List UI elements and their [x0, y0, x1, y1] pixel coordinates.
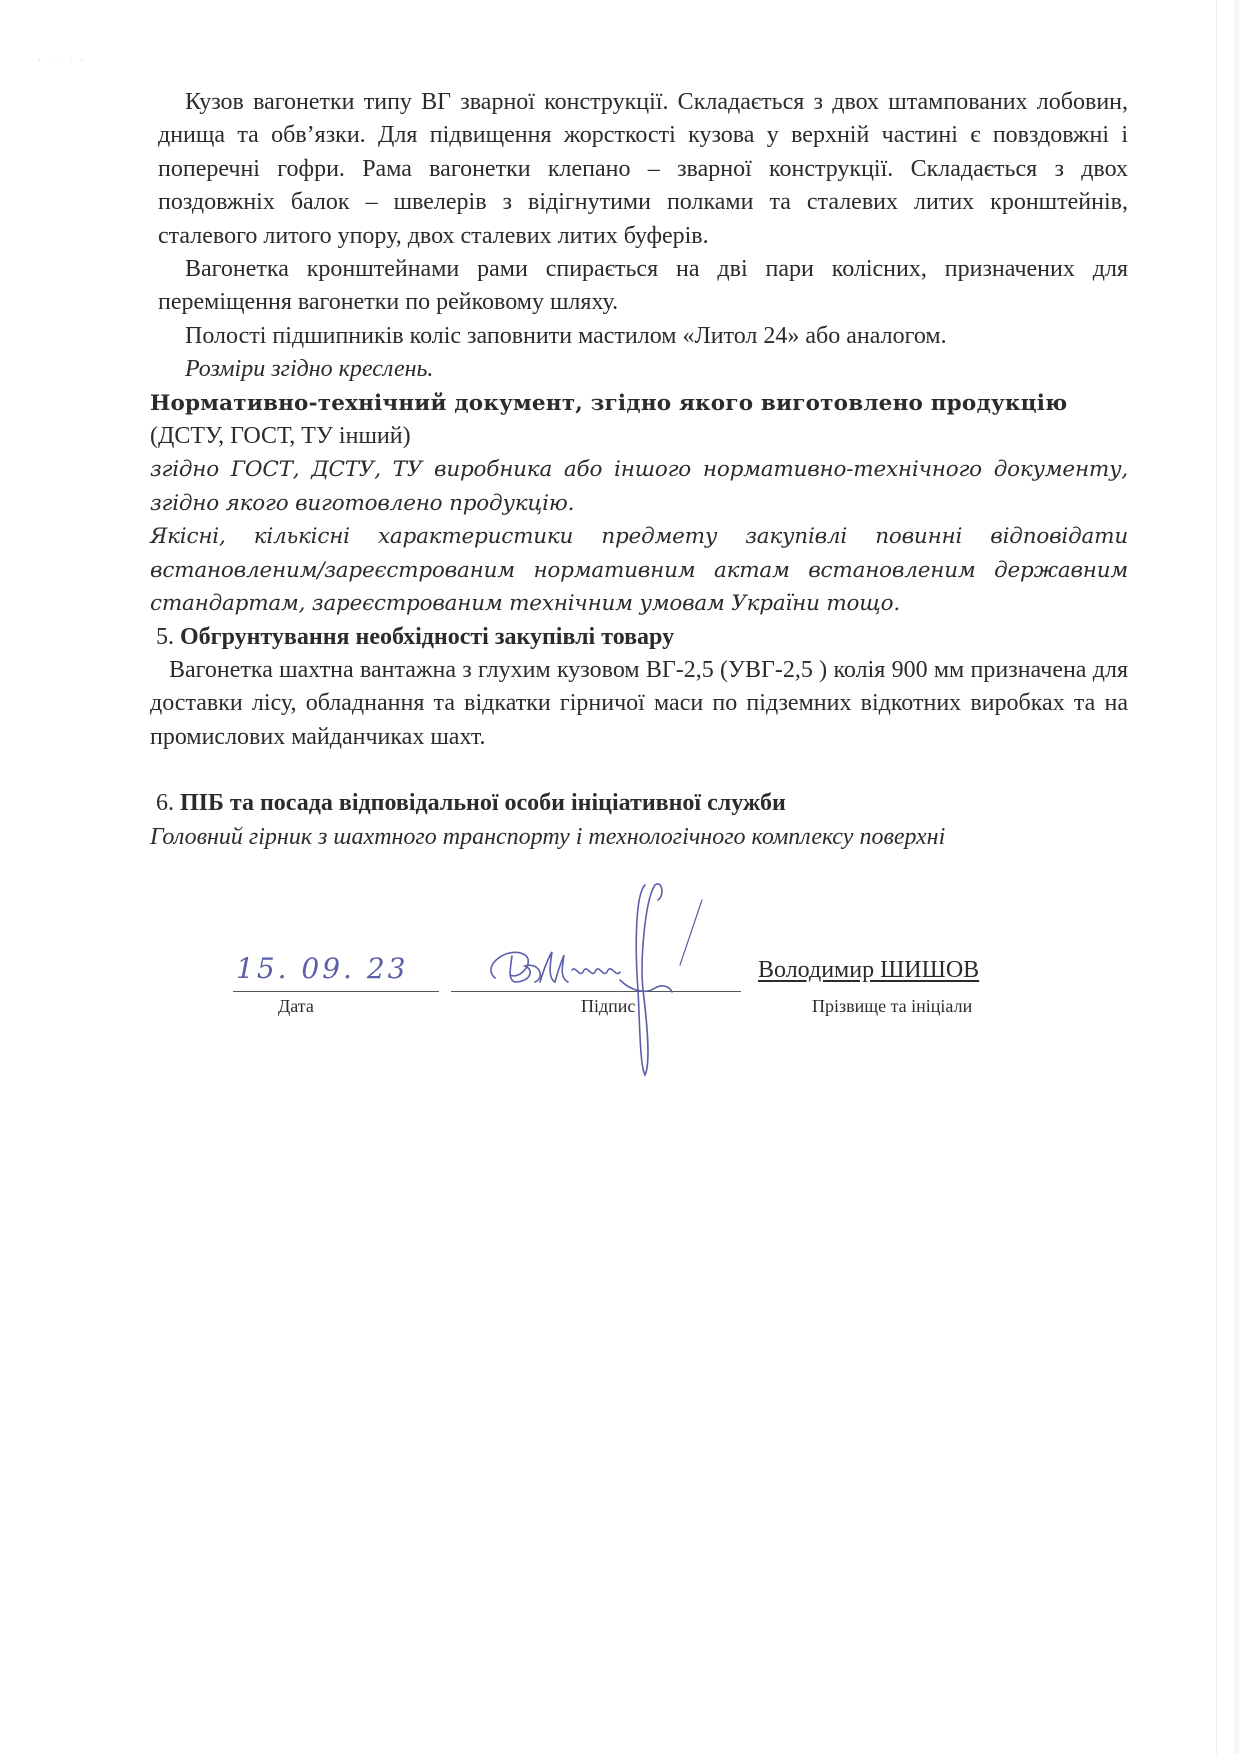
- normative-heading-sub: (ДСТУ, ГОСТ, ТУ інший): [150, 420, 1128, 453]
- signature-label: Підпис: [581, 996, 635, 1017]
- section-5-heading: 5. Обгрунтування необхідності закупівлі …: [156, 621, 1128, 654]
- spacer: [158, 754, 1128, 787]
- date-line: [233, 991, 439, 992]
- document-page: Кузов вагонетки типу ВГ зварної конструк…: [158, 86, 1128, 854]
- date-handwritten: 15. 09. 23: [236, 952, 409, 985]
- scan-edge-shadow: [1234, 0, 1239, 1754]
- date-label: Дата: [278, 996, 314, 1017]
- scan-artifact: · ˙ ˙ ˙ ·: [38, 58, 118, 64]
- section-6-title: ПІБ та посада відповідальної особи ініці…: [180, 790, 786, 816]
- section-5-title: Обгрунтування необхідності закупівлі тов…: [180, 624, 674, 650]
- paragraph-bearings: Полості підшипників коліс заповнити маст…: [158, 320, 1128, 353]
- paragraph-body-description: Кузов вагонетки типу ВГ зварної конструк…: [158, 86, 1128, 253]
- signature-icon: [440, 860, 760, 1090]
- section-5-number: 5.: [156, 624, 174, 650]
- signature-line: [451, 991, 741, 992]
- printed-name: Володимир ШИШОВ: [758, 957, 979, 984]
- section-6-number: 6.: [156, 790, 174, 816]
- paragraph-dimensions: Розміри згідно креслень.: [158, 353, 1128, 386]
- normative-heading: Нормативно-технічний документ, згідно як…: [150, 387, 1128, 420]
- normative-text-2: Якісні, кількісні характеристики предмет…: [150, 520, 1128, 620]
- scan-edge-line: [1216, 0, 1217, 1754]
- name-label: Прізвище та ініціали: [812, 996, 972, 1017]
- normative-text-1: згідно ГОСТ, ДСТУ, ТУ виробника або іншо…: [150, 453, 1128, 520]
- section-6-text: Головний гірник з шахтного транспорту і …: [150, 821, 1128, 854]
- normative-heading-text: Нормативно-технічний документ, згідно як…: [150, 391, 1067, 416]
- section-6-heading: 6. ПІБ та посада відповідальної особи ін…: [156, 787, 1128, 820]
- paragraph-frame-support: Вагонетка кронштейнами рами спирається н…: [158, 253, 1128, 320]
- section-5-text: Вагонетка шахтна вантажна з глухим кузов…: [150, 654, 1128, 754]
